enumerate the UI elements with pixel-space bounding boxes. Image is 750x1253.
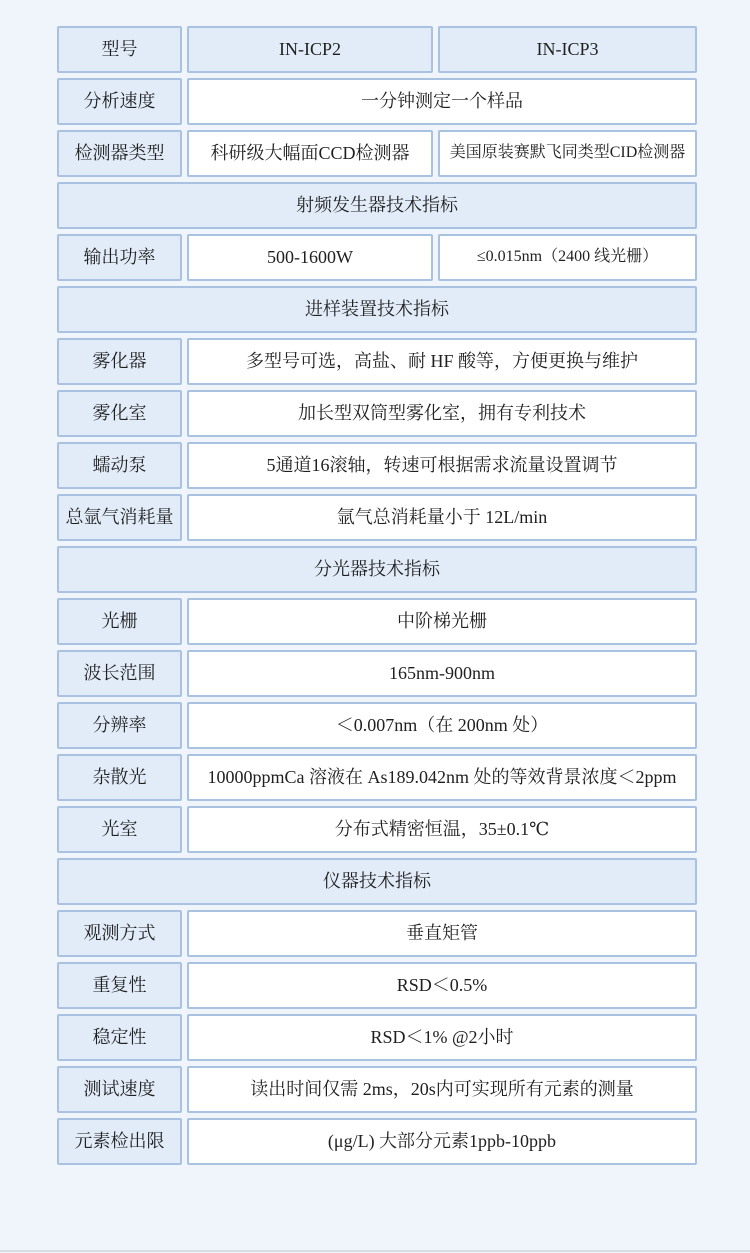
value-cell: 中阶梯光栅 — [187, 598, 697, 645]
table-row: 波长范围165nm-900nm — [57, 650, 697, 697]
table-row: 重复性RSD＜0.5% — [57, 962, 697, 1009]
table-row: 光栅中阶梯光栅 — [57, 598, 697, 645]
section-header-cell: 仪器技术指标 — [57, 858, 697, 905]
table-row: 雾化器多型号可选，高盐、耐 HF 酸等，方便更换与维护 — [57, 338, 697, 385]
row-label-cell: 总氩气消耗量 — [57, 494, 182, 541]
value-cell: (μg/L) 大部分元素1ppb-10ppb — [187, 1118, 697, 1165]
table-row: 分析速度一分钟测定一个样品 — [57, 78, 697, 125]
value-cell: 分布式精密恒温，35±0.1℃ — [187, 806, 697, 853]
table-row: 观测方式垂直矩管 — [57, 910, 697, 957]
row-label-cell: 稳定性 — [57, 1014, 182, 1061]
value-cell: 多型号可选，高盐、耐 HF 酸等，方便更换与维护 — [187, 338, 697, 385]
section-header-cell: 进样装置技术指标 — [57, 286, 697, 333]
row-label-cell: 杂散光 — [57, 754, 182, 801]
value-cell: 垂直矩管 — [187, 910, 697, 957]
table-row: 光室分布式精密恒温，35±0.1℃ — [57, 806, 697, 853]
value-cell: 加长型双筒型雾化室，拥有专利技术 — [187, 390, 697, 437]
table-row: 射频发生器技术指标 — [57, 182, 697, 229]
row-label-cell: 观测方式 — [57, 910, 182, 957]
value-cell: ≤0.015nm（2400 线光栅） — [438, 234, 697, 281]
value-cell: 科研级大幅面CCD检测器 — [187, 130, 433, 177]
table-row: 元素检出限(μg/L) 大部分元素1ppb-10ppb — [57, 1118, 697, 1165]
table-row: 检测器类型科研级大幅面CCD检测器美国原装赛默飞同类型CID检测器 — [57, 130, 697, 177]
row-label-cell: 光栅 — [57, 598, 182, 645]
section-header-cell: 分光器技术指标 — [57, 546, 697, 593]
value-cell: 读出时间仅需 2ms，20s内可实现所有元素的测量 — [187, 1066, 697, 1113]
table-row: 分辨率＜0.007nm（在 200nm 处） — [57, 702, 697, 749]
table-row: 型号IN-ICP2IN-ICP3 — [57, 26, 697, 73]
value-cell: 500-1600W — [187, 234, 433, 281]
table-row: 分光器技术指标 — [57, 546, 697, 593]
row-label-cell: 雾化室 — [57, 390, 182, 437]
value-cell: RSD＜0.5% — [187, 962, 697, 1009]
table-row: 仪器技术指标 — [57, 858, 697, 905]
value-cell: 165nm-900nm — [187, 650, 697, 697]
value-cell: 美国原装赛默飞同类型CID检测器 — [438, 130, 697, 177]
table-row: 测试速度读出时间仅需 2ms，20s内可实现所有元素的测量 — [57, 1066, 697, 1113]
row-label-cell: 元素检出限 — [57, 1118, 182, 1165]
row-label-cell: 型号 — [57, 26, 182, 73]
table-row: 输出功率500-1600W≤0.015nm（2400 线光栅） — [57, 234, 697, 281]
value-cell: 氩气总消耗量小于 12L/min — [187, 494, 697, 541]
value-cell: 一分钟测定一个样品 — [187, 78, 697, 125]
spec-table: 型号IN-ICP2IN-ICP3分析速度一分钟测定一个样品检测器类型科研级大幅面… — [57, 26, 697, 1170]
value-cell: ＜0.007nm（在 200nm 处） — [187, 702, 697, 749]
table-row: 蠕动泵5通道16滚轴，转速可根据需求流量设置调节 — [57, 442, 697, 489]
row-label-cell: 检测器类型 — [57, 130, 182, 177]
value-cell: IN-ICP3 — [438, 26, 697, 73]
row-label-cell: 雾化器 — [57, 338, 182, 385]
table-row: 总氩气消耗量氩气总消耗量小于 12L/min — [57, 494, 697, 541]
value-cell: IN-ICP2 — [187, 26, 433, 73]
section-header-cell: 射频发生器技术指标 — [57, 182, 697, 229]
table-row: 杂散光10000ppmCa 溶液在 As189.042nm 处的等效背景浓度＜2… — [57, 754, 697, 801]
page-bottom-divider — [0, 1250, 750, 1252]
row-label-cell: 分析速度 — [57, 78, 182, 125]
page: { "colors": { "page_bg": "#f0f5fb", "bor… — [0, 0, 750, 1253]
row-label-cell: 光室 — [57, 806, 182, 853]
row-label-cell: 测试速度 — [57, 1066, 182, 1113]
row-label-cell: 输出功率 — [57, 234, 182, 281]
value-cell: RSD＜1% @2小时 — [187, 1014, 697, 1061]
value-cell: 10000ppmCa 溶液在 As189.042nm 处的等效背景浓度＜2ppm — [187, 754, 697, 801]
row-label-cell: 波长范围 — [57, 650, 182, 697]
table-row: 稳定性RSD＜1% @2小时 — [57, 1014, 697, 1061]
table-row: 雾化室加长型双筒型雾化室，拥有专利技术 — [57, 390, 697, 437]
row-label-cell: 重复性 — [57, 962, 182, 1009]
row-label-cell: 分辨率 — [57, 702, 182, 749]
row-label-cell: 蠕动泵 — [57, 442, 182, 489]
value-cell: 5通道16滚轴，转速可根据需求流量设置调节 — [187, 442, 697, 489]
table-row: 进样装置技术指标 — [57, 286, 697, 333]
